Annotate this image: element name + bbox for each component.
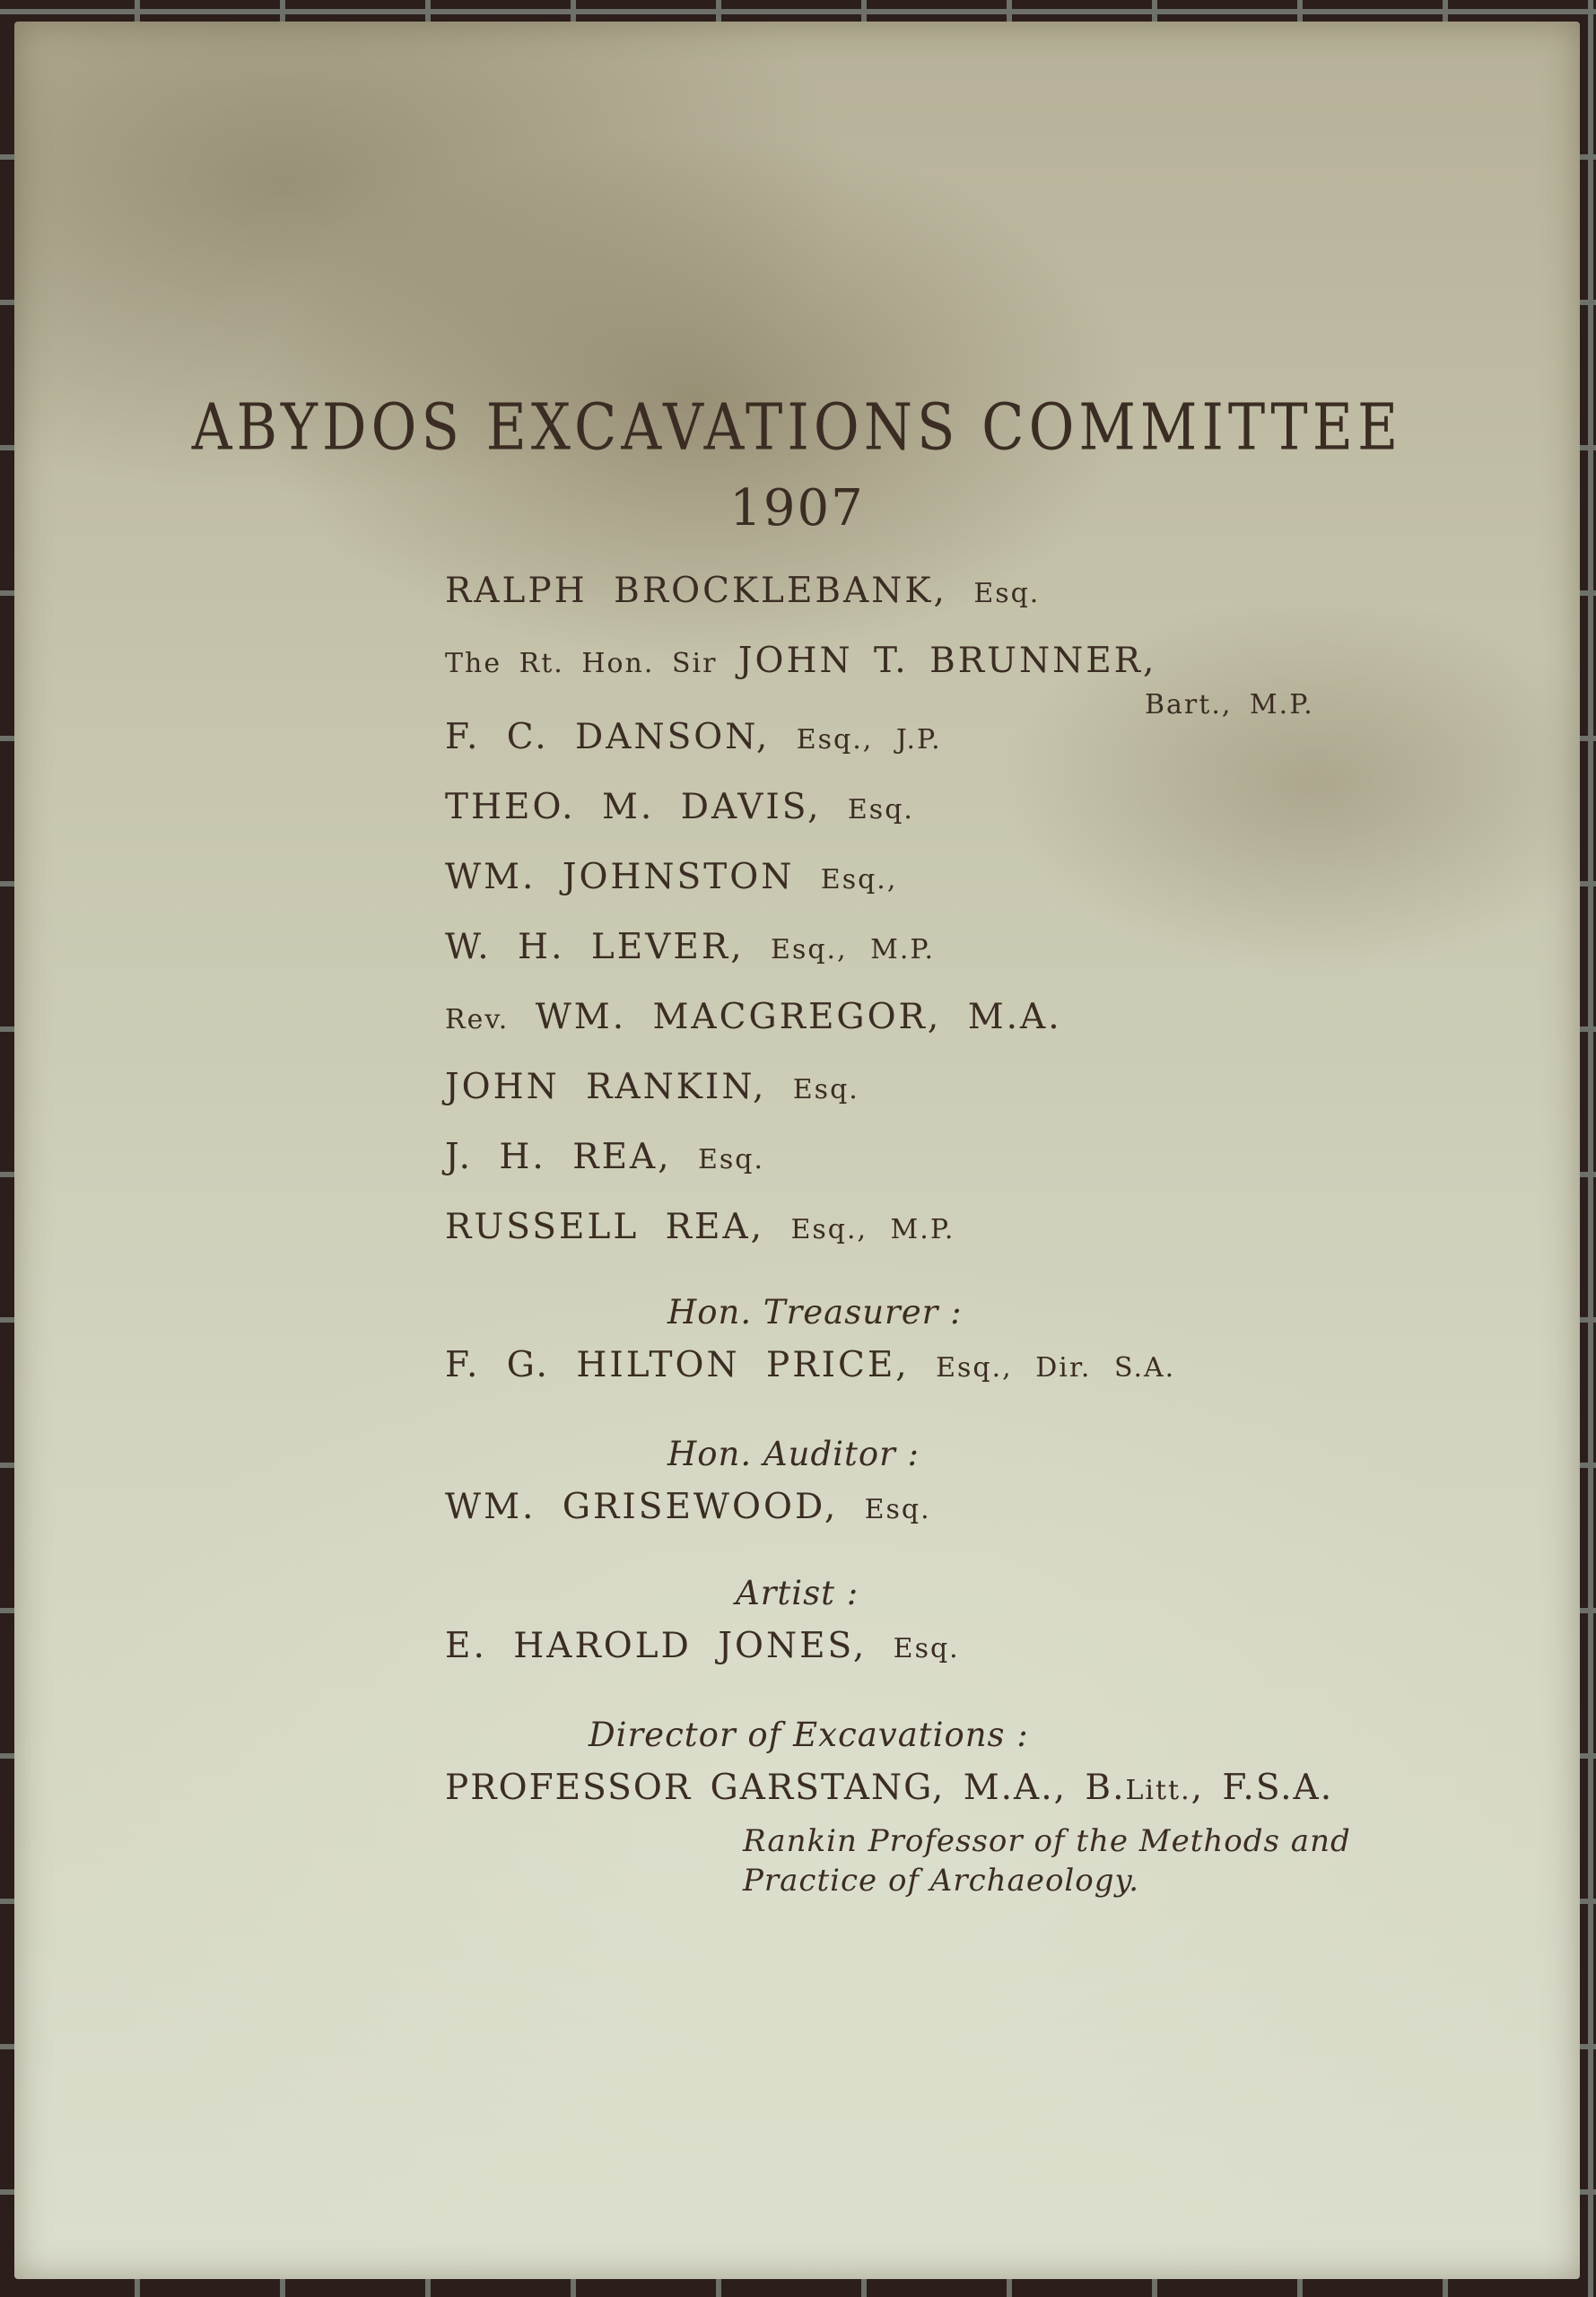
officer-suffix: Esq. [894, 1633, 960, 1664]
member-entry: THEO. M. DAVIS, Esq. [445, 787, 914, 827]
committee-card: ABYDOS EXCAVATIONS COMMITTEE 1907 RALPH … [14, 22, 1580, 2279]
role-heading: Hon. Treasurer : [667, 1293, 963, 1332]
officer-suffix: Esq., Dir. S.A. [936, 1352, 1175, 1384]
officer-note: Practice of Archaeology. [743, 1863, 1139, 1899]
member-name: RALPH BROCKLEBANK, [445, 571, 947, 611]
officer-degree: Litt. [1125, 1775, 1190, 1806]
member-entry: Rev. WM. MACGREGOR, M.A. [445, 997, 1062, 1037]
role-heading: Hon. Auditor : [667, 1435, 920, 1473]
member-name: THEO. M. DAVIS, [445, 787, 822, 827]
member-name: WM. JOHNSTON [445, 857, 794, 897]
officer-entry: F. G. HILTON PRICE, Esq., Dir. S.A. [445, 1345, 1175, 1385]
document-year: 1907 [14, 479, 1580, 537]
officer-name: F. G. HILTON PRICE, [445, 1345, 910, 1385]
role-heading: Director of Excavations : [589, 1716, 1029, 1754]
officer-name: E. HAROLD JONES, [445, 1626, 867, 1666]
officer-entry: PROFESSOR GARSTANG, M.A., B.Litt., F.S.A… [445, 1768, 1333, 1808]
role-heading: Artist : [736, 1574, 859, 1612]
member-name: JOHN RANKIN, [445, 1067, 766, 1107]
member-prefix: The Rt. Hon. Sir [445, 648, 717, 679]
member-name: F. C. DANSON, [445, 717, 770, 757]
member-entry: WM. JOHNSTON Esq., [445, 857, 897, 897]
member-entry: J. H. REA, Esq. [445, 1137, 764, 1177]
officer-note: Rankin Professor of the Methods and [743, 1823, 1351, 1859]
member-entry: RALPH BROCKLEBANK, Esq. [445, 571, 1040, 611]
member-suffix: Esq. [848, 794, 914, 825]
member-prefix: Rev. [445, 1004, 509, 1035]
member-suffix: Esq., J.P. [797, 724, 942, 755]
member-suffix: Esq. [698, 1144, 764, 1175]
member-suffix: Esq., M.P. [771, 934, 935, 965]
member-suffix: Esq. [793, 1074, 859, 1105]
member-suffix: Bart., M.P. [1145, 689, 1314, 721]
member-entry: JOHN RANKIN, Esq. [445, 1067, 859, 1107]
member-name: JOHN T. BRUNNER, [738, 641, 1157, 681]
member-name: RUSSELL REA, [445, 1207, 764, 1247]
officer-degree-tail: , F.S.A. [1191, 1768, 1333, 1808]
member-entry: The Rt. Hon. Sir JOHN T. BRUNNER, [445, 641, 1156, 681]
member-continuation: Bart., M.P. [1145, 682, 1314, 722]
member-name: WM. MACGREGOR, M.A. [536, 997, 1062, 1037]
member-entry: F. C. DANSON, Esq., J.P. [445, 717, 942, 757]
member-entry: W. H. LEVER, Esq., M.P. [445, 927, 935, 967]
member-name: W. H. LEVER, [445, 927, 745, 967]
member-suffix: Esq., M.P. [790, 1214, 955, 1245]
officer-suffix: Esq. [865, 1494, 931, 1525]
member-suffix: Esq. [973, 578, 1040, 609]
member-entry: RUSSELL REA, Esq., M.P. [445, 1207, 955, 1247]
officer-name: PROFESSOR GARSTANG, M.A., B. [445, 1768, 1125, 1808]
officer-name: WM. GRISEWOOD, [445, 1487, 838, 1527]
member-name: J. H. REA, [445, 1137, 672, 1177]
member-suffix: Esq., [821, 864, 898, 895]
officer-entry: WM. GRISEWOOD, Esq. [445, 1487, 931, 1527]
officer-entry: E. HAROLD JONES, Esq. [445, 1626, 960, 1666]
document-title: ABYDOS EXCAVATIONS COMMITTEE [14, 389, 1580, 465]
